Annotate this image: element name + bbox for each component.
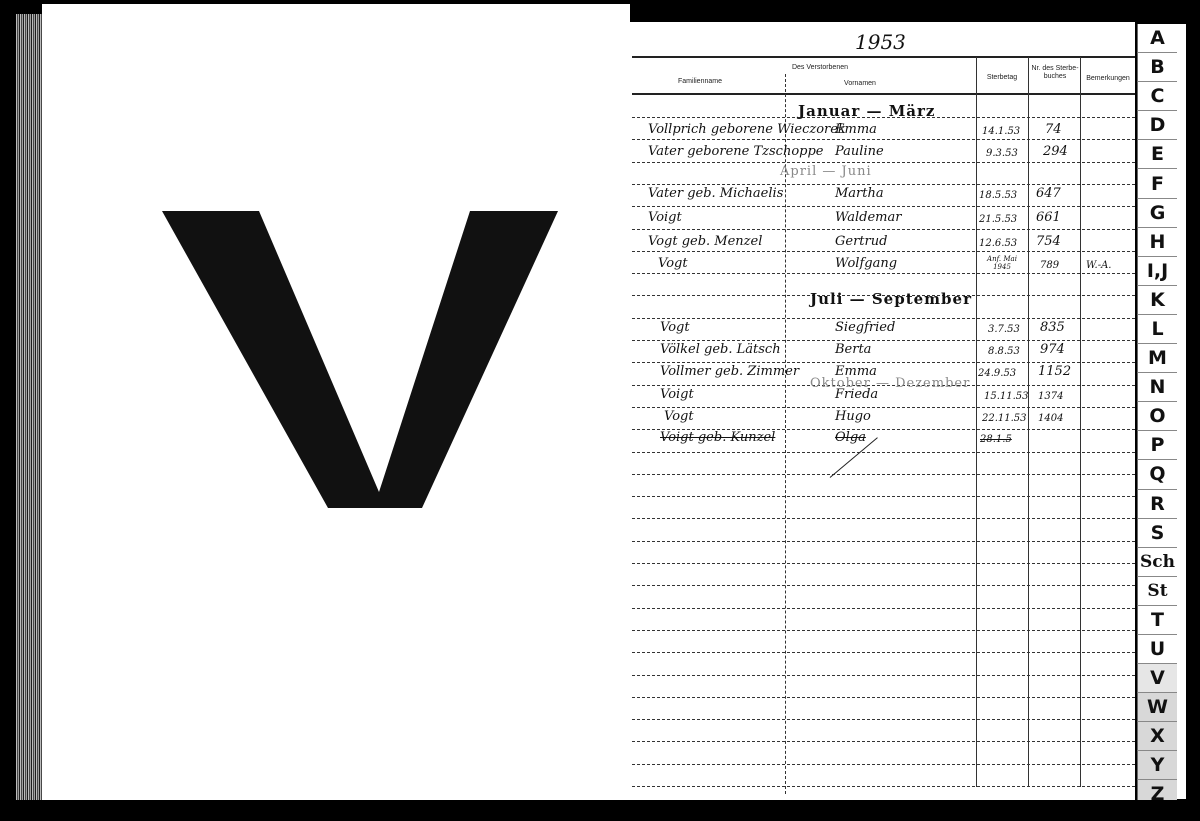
given-names: Siegfried bbox=[835, 320, 895, 335]
index-tab-r[interactable]: R bbox=[1137, 490, 1177, 519]
book-no: 754 bbox=[1036, 234, 1061, 249]
death-date: 9.3.53 bbox=[986, 148, 1018, 159]
given-names: Emma bbox=[835, 122, 877, 137]
family-name: Vogt bbox=[660, 320, 690, 335]
ruled-line bbox=[632, 652, 1135, 653]
remarks: W.-A. bbox=[1086, 260, 1112, 271]
book-no: 1374 bbox=[1038, 391, 1063, 402]
index-tab-v[interactable]: V bbox=[1137, 664, 1177, 693]
book-no: 74 bbox=[1045, 122, 1062, 137]
given-names: Martha bbox=[835, 186, 884, 201]
death-date: 3.7.53 bbox=[988, 324, 1020, 335]
ruled-line bbox=[632, 407, 1135, 408]
section-title: Juli — September bbox=[810, 290, 972, 308]
index-tab-n[interactable]: N bbox=[1137, 373, 1177, 402]
ruled-line bbox=[632, 541, 1135, 542]
header-death-date: Sterbetag bbox=[977, 74, 1027, 82]
family-name: Vogt bbox=[658, 256, 688, 271]
death-date: 8.8.53 bbox=[988, 346, 1020, 357]
death-date: 14.1.53 bbox=[982, 126, 1020, 137]
column-divider bbox=[785, 74, 786, 794]
index-tab-t[interactable]: T bbox=[1137, 606, 1177, 635]
ruled-line bbox=[632, 206, 1135, 207]
given-names: Gertrud bbox=[835, 234, 887, 249]
ruled-line bbox=[632, 675, 1135, 676]
family-name: Voigt bbox=[660, 387, 694, 402]
index-tab-ij[interactable]: I,J bbox=[1137, 257, 1177, 286]
index-tab-b[interactable]: B bbox=[1137, 53, 1177, 82]
index-tab-s[interactable]: S bbox=[1137, 519, 1177, 548]
header-remarks: Bemerkungen bbox=[1082, 75, 1134, 83]
column-divider bbox=[1080, 57, 1081, 787]
header-family-name: Familienname bbox=[640, 78, 760, 86]
column-divider bbox=[1028, 57, 1029, 787]
given-names: Waldemar bbox=[835, 210, 901, 225]
ruled-line bbox=[632, 452, 1135, 453]
ruled-line bbox=[632, 273, 1135, 274]
ruled-line bbox=[632, 764, 1135, 765]
index-tab-l[interactable]: L bbox=[1137, 315, 1177, 344]
ruled-line bbox=[632, 318, 1135, 319]
index-tab-k[interactable]: K bbox=[1137, 286, 1177, 315]
alphabet-index-tabs: ABCDEFGHI,JKLMNOPQRSSchStTUVWXYZ bbox=[1137, 24, 1177, 810]
ruled-line bbox=[632, 630, 1135, 631]
ruled-line bbox=[632, 162, 1135, 163]
family-name: Vater geb. Michaelis bbox=[648, 186, 783, 201]
death-date: 18.5.53 bbox=[979, 190, 1017, 201]
section-title: April — Juni bbox=[780, 164, 872, 179]
rule bbox=[632, 56, 1135, 58]
book-no: 974 bbox=[1040, 342, 1065, 357]
death-date: 21.5.53 bbox=[979, 214, 1017, 225]
index-tab-y[interactable]: Y bbox=[1137, 751, 1177, 780]
death-date: 22.11.53 bbox=[982, 413, 1027, 424]
ruled-line bbox=[632, 340, 1135, 341]
book-no: 661 bbox=[1036, 210, 1061, 225]
index-tab-h[interactable]: H bbox=[1137, 228, 1177, 257]
ruled-line bbox=[632, 229, 1135, 230]
ruled-line bbox=[632, 563, 1135, 564]
index-tab-m[interactable]: M bbox=[1137, 344, 1177, 373]
index-tab-st[interactable]: St bbox=[1137, 577, 1177, 606]
ruled-line bbox=[632, 496, 1135, 497]
ruled-line bbox=[632, 184, 1135, 185]
big-letter-v bbox=[42, 4, 630, 800]
ruled-line bbox=[632, 697, 1135, 698]
death-date: 28.1.5 bbox=[980, 434, 1012, 445]
family-name: Vogt bbox=[664, 409, 694, 424]
ruled-line bbox=[632, 474, 1135, 475]
book-no: 1404 bbox=[1038, 413, 1063, 424]
family-name: Vogt geb. Menzel bbox=[648, 234, 762, 249]
family-name: Völkel geb. Lätsch bbox=[660, 342, 781, 357]
index-tab-sch[interactable]: Sch bbox=[1137, 548, 1177, 577]
index-tab-a[interactable]: A bbox=[1137, 24, 1177, 53]
index-tab-o[interactable]: O bbox=[1137, 402, 1177, 431]
scan-border bbox=[0, 800, 1200, 821]
death-date: 24.9.53 bbox=[978, 368, 1016, 379]
death-date: Anf. Mai 1945 bbox=[982, 255, 1022, 271]
book-no: 835 bbox=[1040, 320, 1065, 335]
register-year: 1953 bbox=[855, 30, 906, 54]
ruled-line bbox=[632, 585, 1135, 586]
ruled-line bbox=[632, 139, 1135, 140]
ruled-line bbox=[632, 786, 1135, 787]
index-tab-x[interactable]: X bbox=[1137, 722, 1177, 751]
register-page: 1953 Des Verstorbenen Familienname Vorna… bbox=[630, 22, 1135, 802]
header-group: Des Verstorbenen bbox=[770, 64, 870, 72]
ruled-line bbox=[632, 741, 1135, 742]
tab-edge bbox=[1177, 24, 1186, 799]
header-book-no: Nr. des Sterbe-buches bbox=[1030, 65, 1080, 81]
index-tab-q[interactable]: Q bbox=[1137, 460, 1177, 489]
book-no: 789 bbox=[1040, 260, 1059, 271]
index-tab-c[interactable]: C bbox=[1137, 82, 1177, 111]
given-names: Frieda bbox=[835, 387, 878, 402]
family-name: Vater geborene Tzschoppe bbox=[648, 144, 824, 159]
given-names: Hugo bbox=[835, 409, 871, 424]
index-divider-page bbox=[42, 4, 630, 800]
book-no: 294 bbox=[1043, 144, 1068, 159]
ruled-line bbox=[632, 719, 1135, 720]
index-tab-g[interactable]: G bbox=[1137, 199, 1177, 228]
column-divider bbox=[976, 57, 977, 787]
rule bbox=[632, 93, 1135, 95]
index-tab-d[interactable]: D bbox=[1137, 111, 1177, 140]
given-names: Pauline bbox=[835, 144, 884, 159]
index-tab-p[interactable]: P bbox=[1137, 431, 1177, 460]
given-names: Berta bbox=[835, 342, 871, 357]
ruled-line bbox=[632, 251, 1135, 252]
death-date: 12.6.53 bbox=[979, 238, 1017, 249]
ruled-line bbox=[632, 608, 1135, 609]
section-title: Januar — März bbox=[798, 102, 935, 120]
family-name: Voigt geb. Kunzel bbox=[660, 430, 775, 445]
book-no: 1152 bbox=[1038, 364, 1071, 379]
index-tab-e[interactable]: E bbox=[1137, 140, 1177, 169]
family-name: Vollmer geb. Zimmer bbox=[660, 364, 799, 379]
family-name: Voigt bbox=[648, 210, 682, 225]
given-names: Wolfgang bbox=[835, 256, 897, 271]
header-given-names: Vornamen bbox=[800, 80, 920, 88]
family-name: Vollprich geborene Wieczorek bbox=[648, 122, 846, 137]
death-date: 15.11.53 bbox=[984, 391, 1029, 402]
ruled-line bbox=[632, 518, 1135, 519]
given-names: Olga bbox=[835, 430, 866, 445]
index-tab-u[interactable]: U bbox=[1137, 635, 1177, 664]
book-no: 647 bbox=[1036, 186, 1061, 201]
index-tab-w[interactable]: W bbox=[1137, 693, 1177, 722]
index-tab-f[interactable]: F bbox=[1137, 169, 1177, 198]
